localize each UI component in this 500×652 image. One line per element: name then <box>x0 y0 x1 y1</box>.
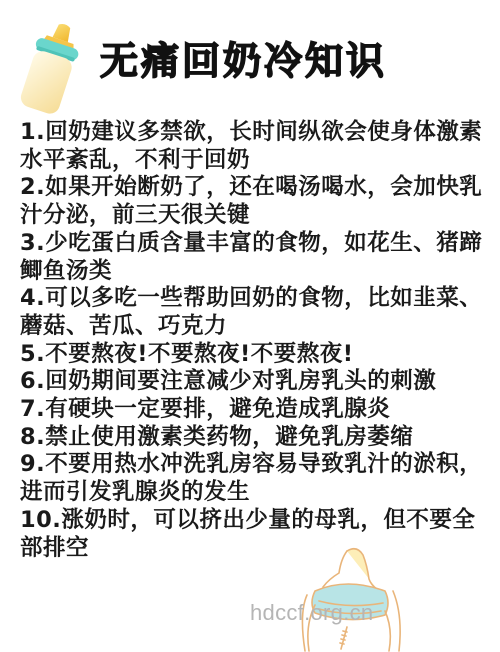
list-item: 5.不要熬夜!不要熬夜!不要熬夜! <box>20 341 490 369</box>
list-item: 8.禁止使用激素类药物，避免乳房萎缩 <box>20 424 490 452</box>
list-item: 9.不要用热水冲洗乳房容易导致乳汁的淤积，进而引发乳腺炎的发生 <box>20 451 490 506</box>
tips-list: 1.回奶建议多禁欲，长时间纵欲会使身体激素水平紊乱，不利于回奶 2.如果开始断奶… <box>20 119 490 562</box>
list-item: 4.可以多吃一些帮助回奶的食物，比如韭菜、蘑菇、苦瓜、巧克力 <box>20 285 490 340</box>
list-item: 3.少吃蛋白质含量丰富的食物，如花生、猪蹄鲫鱼汤类 <box>20 230 490 285</box>
list-item: 10.涨奶时，可以挤出少量的母乳，但不要全部排空 <box>20 507 490 562</box>
list-item: 6.回奶期间要注意减少对乳房乳头的刺激 <box>20 368 490 396</box>
list-item: 7.有硬块一定要排，避免造成乳腺炎 <box>20 396 490 424</box>
page-title: 无痛回奶冷知识 <box>100 30 387 85</box>
baby-bottle-sketch-icon <box>285 545 415 652</box>
baby-bottle-icon <box>10 16 88 116</box>
watermark: hdccf.org.cn <box>250 600 373 626</box>
list-item: 2.如果开始断奶了，还在喝汤喝水，会加快乳汁分泌，前三天很关键 <box>20 174 490 229</box>
list-item: 1.回奶建议多禁欲，长时间纵欲会使身体激素水平紊乱，不利于回奶 <box>20 119 490 174</box>
